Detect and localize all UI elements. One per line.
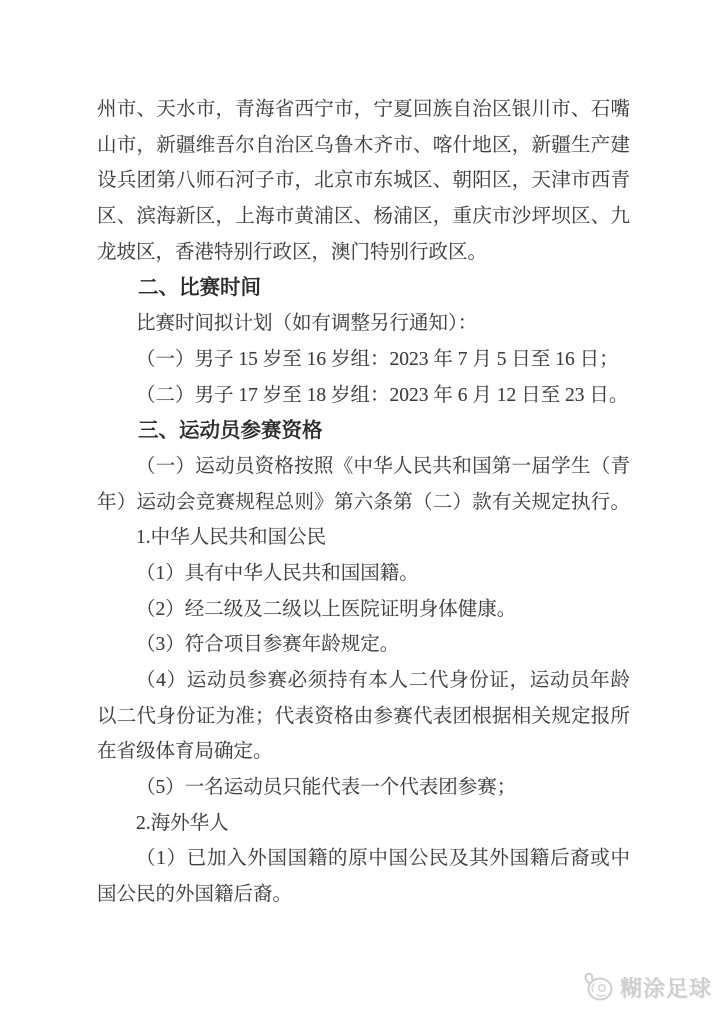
text-line: （1）具有中华人民共和国国籍。 — [97, 556, 630, 592]
text-line: 州市、天水市，青海省西宁市，宁夏回族自治区银川市、石嘴 — [97, 92, 630, 128]
text-line: （3）符合项目参赛年龄规定。 — [97, 627, 630, 663]
text-line: （5）一名运动员只能代表一个代表团参赛； — [97, 770, 630, 806]
text-line: 山市，新疆维吾尔自治区乌鲁木齐市、喀什地区，新疆生产建 — [97, 128, 630, 164]
section-heading: 二、比赛时间 — [97, 270, 630, 306]
text-line: （一）运动员资格按照《中华人民共和国第一届学生（青 — [97, 449, 630, 485]
text-line: 年）运动会竞赛规程总则》第六条第（二）款有关规定执行。 — [97, 485, 630, 521]
mascot-ball-icon — [581, 971, 615, 1003]
text-line: 在省级体育局确定。 — [97, 734, 630, 770]
text-line: 龙坡区，香港特别行政区，澳门特别行政区。 — [97, 235, 630, 271]
text-line: 区、滨海新区，上海市黄浦区、杨浦区，重庆市沙坪坝区、九 — [97, 199, 630, 235]
text-line: （一）男子 15 岁至 16 岁组：2023 年 7 月 5 日至 16 日； — [97, 342, 630, 378]
watermark: 糊涂足球 — [581, 971, 712, 1003]
text-line: 2.海外华人 — [97, 806, 630, 842]
text-line: （2）经二级及二级以上医院证明身体健康。 — [97, 592, 630, 628]
text-line: （1）已加入外国国籍的原中国公民及其外国籍后裔或中 — [97, 841, 630, 877]
text-line: 国公民的外国籍后裔。 — [97, 877, 630, 913]
text-line: 设兵团第八师石河子市，北京市东城区、朝阳区，天津市西青 — [97, 163, 630, 199]
text-line: 1.中华人民共和国公民 — [97, 520, 630, 556]
text-line: （4）运动员参赛必须持有本人二代身份证，运动员年龄 — [97, 663, 630, 699]
watermark-text: 糊涂足球 — [620, 972, 712, 1003]
section-heading: 三、运动员参赛资格 — [97, 413, 630, 449]
text-line: 以二代身份证为准；代表资格由参赛代表团根据相关规定报所 — [97, 699, 630, 735]
document-body: 州市、天水市，青海省西宁市，宁夏回族自治区银川市、石嘴山市，新疆维吾尔自治区乌鲁… — [97, 92, 630, 913]
text-line: （二）男子 17 岁至 18 岁组：2023 年 6 月 12 日至 23 日。 — [97, 378, 630, 414]
document-page: 州市、天水市，青海省西宁市，宁夏回族自治区银川市、石嘴山市，新疆维吾尔自治区乌鲁… — [0, 0, 720, 1018]
text-line: 比赛时间拟计划（如有调整另行通知）： — [97, 306, 630, 342]
